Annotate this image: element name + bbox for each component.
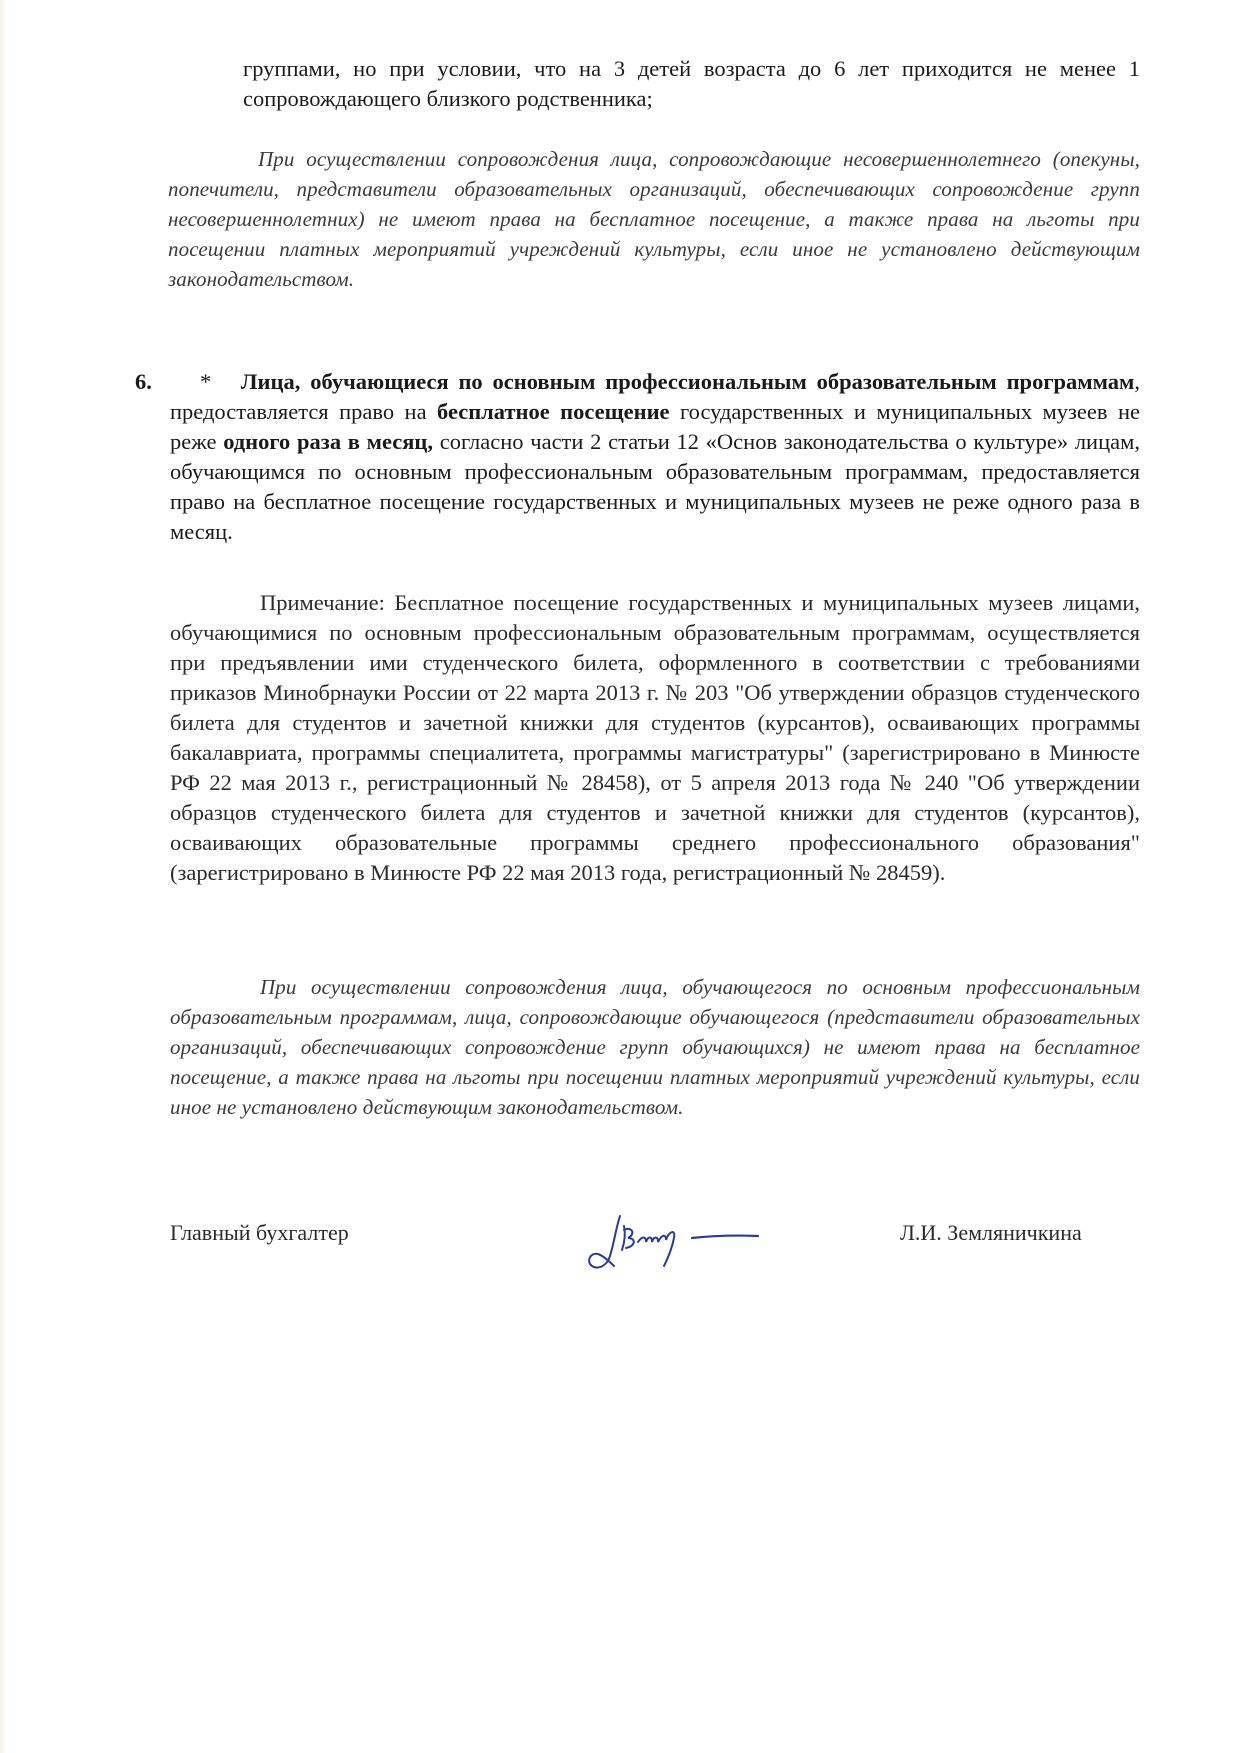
signatory-position: Главный бухгалтер [170,1218,349,1248]
item-6-bold-free-visit: бесплатное посещение [437,399,670,424]
italic-note-1-text: При осуществлении сопровождения лица, со… [168,144,1140,294]
continuation-paragraph: группами, но при условии, что на 3 детей… [243,54,1140,114]
italic-note-escort-minors: При осуществлении сопровождения лица, со… [168,144,1140,294]
item-6-bold-lead: Лица, обучающиеся по основным профессион… [241,369,1135,394]
handwritten-signature-icon [580,1208,790,1278]
italic-note-2-text: При осуществлении сопровождения лица, об… [170,972,1140,1122]
item-number: 6. [135,367,152,397]
signatory-name: Л.И. Земляничкина [900,1218,1082,1248]
item-6-body: * Лица, обучающиеся по основным професси… [170,367,1140,547]
note-text: Примечание: Бесплатное посещение государ… [170,588,1140,888]
document-page: группами, но при условии, что на 3 детей… [0,0,1242,1753]
note-paragraph: Примечание: Бесплатное посещение государ… [170,588,1140,888]
signature-row: Главный бухгалтер Л.И. Земляничкина [0,1218,1242,1288]
item-6-marker: * [200,369,211,394]
italic-note-escort-students: При осуществлении сопровождения лица, об… [170,972,1140,1122]
item-6-text: * Лица, обучающиеся по основным професси… [170,367,1140,547]
item-6-bold-once-month: одного раза в месяц, [223,429,433,454]
continuation-text: группами, но при условии, что на 3 детей… [243,54,1140,114]
